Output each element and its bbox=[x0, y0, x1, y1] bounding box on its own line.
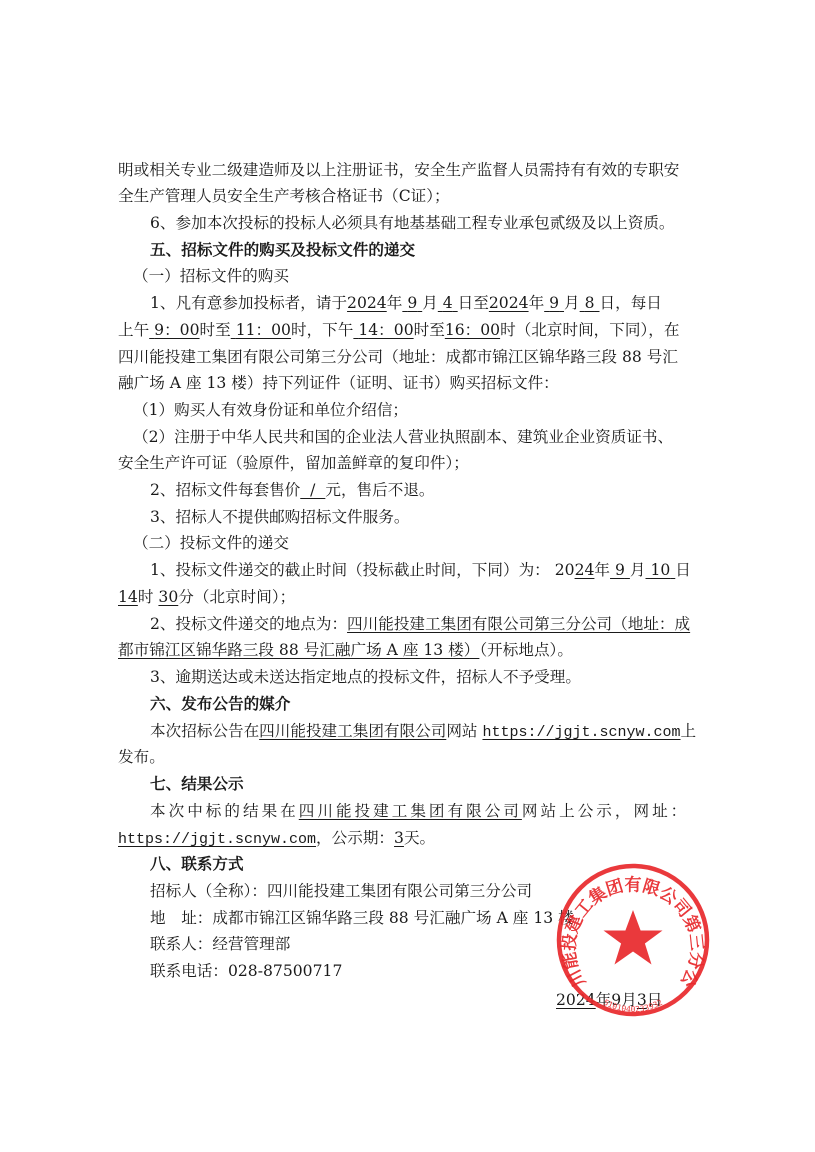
submission-address-cont: 都市锦江区锦华路三段 88 号汇融广场 A 座 13 楼） bbox=[118, 641, 479, 659]
text: 网站 bbox=[446, 722, 482, 740]
text: 日 bbox=[675, 561, 691, 579]
text: 时（北京时间，下同），在 bbox=[500, 321, 679, 339]
deadline-day: 10 bbox=[650, 561, 670, 579]
submission-address: 四川能投建工集团有限公司第三分公司（地址：成 bbox=[347, 615, 690, 633]
text: （开标地点）。 bbox=[479, 641, 573, 659]
text: 本次中标的结果在 bbox=[150, 802, 299, 820]
price-value: / bbox=[300, 481, 325, 499]
result-publicity-line: 本次中标的结果在四川能投建工集团有限公司网站上公示，网址： bbox=[150, 801, 698, 821]
text: 1、投标文件递交的截止时间（投标截止时间，下同）为： 20 bbox=[150, 561, 575, 579]
text: 时至 bbox=[200, 321, 231, 339]
text: 天。 bbox=[404, 829, 435, 847]
result-url-line: https://jgjt.scnyw.com，公示期：3天。 bbox=[118, 828, 698, 850]
text-line: 融广场 A 座 13 楼）持下列证件（证明、证书）购买招标文件： bbox=[118, 373, 698, 393]
deadline-minute: 30 bbox=[158, 588, 178, 606]
submission-location-line-2: 都市锦江区锦华路三段 88 号汇融广场 A 座 13 楼）（开标地点）。 bbox=[118, 640, 698, 660]
text: 月 bbox=[564, 294, 580, 312]
text: 月 bbox=[422, 294, 438, 312]
deadline-hour: 14 bbox=[118, 588, 138, 606]
text: 1、凡有意参加投标者，请于 bbox=[150, 294, 347, 312]
start-year: 2024 bbox=[347, 294, 387, 312]
text: 网站上公示，网址： bbox=[522, 802, 689, 820]
text: 分（北京时间）； bbox=[178, 588, 295, 606]
document-requirement-1: （1）购买人有效身份证和单位介绍信； bbox=[133, 400, 713, 420]
text-line: 发布。 bbox=[118, 747, 698, 767]
text: 时至 bbox=[414, 321, 445, 339]
company-name: 四川能投建工集团有限公司 bbox=[259, 722, 446, 740]
website-link[interactable]: https://jgjt.scnyw.com bbox=[482, 724, 680, 741]
am-start-time: 9：00 bbox=[154, 321, 199, 339]
text: 年 bbox=[387, 294, 403, 312]
text-line: 安全生产许可证（验原件，留加盖鲜章的复印件）； bbox=[118, 453, 698, 473]
company-seal-stamp: 四川能投建工集团有限公司第三分公司 5101040233932 bbox=[553, 860, 713, 1020]
pm-start-time: 14：00 bbox=[358, 321, 413, 339]
text: 时 bbox=[138, 588, 154, 606]
text: 时，下午 bbox=[291, 321, 353, 339]
start-day: 4 bbox=[443, 294, 453, 312]
submission-location-line: 2、投标文件递交的地点为：四川能投建工集团有限公司第三分公司（地址：成 bbox=[150, 614, 698, 634]
text-line: 全生产管理人员安全生产考核合格证书（C证）； bbox=[118, 186, 698, 206]
text: 2、投标文件递交的地点为： bbox=[150, 615, 347, 633]
website-link[interactable]: https://jgjt.scnyw.com bbox=[118, 831, 316, 848]
subsection-heading-submission: （二）投标文件的递交 bbox=[133, 533, 713, 553]
deadline-year: 24 bbox=[575, 561, 595, 579]
end-day: 8 bbox=[585, 294, 595, 312]
text: 月 bbox=[630, 561, 646, 579]
section-heading-7: 七、结果公示 bbox=[150, 774, 698, 794]
text: ，公示期： bbox=[316, 829, 394, 847]
text: 上 bbox=[681, 722, 697, 740]
document-requirement-2: （2）注册于中华人民共和国的企业法人营业执照副本、建筑业企业资质证书、 bbox=[133, 427, 713, 447]
text: 日，每日 bbox=[600, 294, 662, 312]
text: 2、招标文件每套售价 bbox=[150, 481, 300, 499]
deadline-line: 1、投标文件递交的截止时间（投标截止时间，下同）为： 2024年 9 月 10 … bbox=[150, 560, 698, 580]
pm-end-time: 16：00 bbox=[445, 321, 500, 339]
text: 本次招标公告在 bbox=[150, 722, 259, 740]
requirement-6: 6、参加本次投标的投标人必须具有地基基础工程专业承包贰级及以上资质。 bbox=[150, 213, 698, 233]
text: 上午 bbox=[118, 321, 149, 339]
text: 元，售后不退。 bbox=[325, 481, 434, 499]
end-year: 2024 bbox=[489, 294, 529, 312]
publication-media-line: 本次招标公告在四川能投建工集团有限公司网站 https://jgjt.scnyw… bbox=[150, 721, 698, 743]
text-line: 明或相关专业二级建造师及以上注册证书，安全生产监督人员需持有有效的专职安 bbox=[118, 160, 698, 180]
start-month: 9 bbox=[407, 294, 417, 312]
text-line: 3、逾期送达或未送达指定地点的投标文件，招标人不予受理。 bbox=[150, 667, 698, 687]
section-heading-5: 五、招标文件的购买及投标文件的递交 bbox=[150, 240, 698, 260]
publicity-days: 3 bbox=[394, 829, 404, 847]
am-end-time: 11：00 bbox=[236, 321, 291, 339]
text: 日至 bbox=[458, 294, 489, 312]
purchase-hours-line: 上午 9：00时至 11：00时，下午 14：00时至16：00时（北京时间，下… bbox=[118, 320, 698, 340]
seal-icon: 四川能投建工集团有限公司第三分公司 5101040233932 bbox=[553, 860, 713, 1020]
document-price-line: 2、招标文件每套售价 / 元，售后不退。 bbox=[150, 480, 698, 500]
text-line: 3、招标人不提供邮购招标文件服务。 bbox=[150, 507, 698, 527]
document-page: 明或相关专业二级建造师及以上注册证书，安全生产监督人员需持有有效的专职安 全生产… bbox=[0, 0, 815, 1152]
section-heading-6: 六、发布公告的媒介 bbox=[150, 694, 698, 714]
end-month: 9 bbox=[549, 294, 559, 312]
text: 年 bbox=[529, 294, 545, 312]
text-line: 四川能投建工集团有限公司第三分公司（地址：成都市锦江区锦华路三段 88 号汇 bbox=[118, 347, 698, 367]
purchase-period-line: 1、凡有意参加投标者，请于2024年 9 月 4 日至2024年 9 月 8 日… bbox=[150, 293, 698, 313]
subsection-heading-purchase: （一）招标文件的购买 bbox=[133, 266, 713, 286]
deadline-time-line: 14时 30分（北京时间）； bbox=[118, 587, 698, 607]
deadline-month: 9 bbox=[615, 561, 625, 579]
text: 年 bbox=[594, 561, 610, 579]
company-name: 四川能投建工集团有限公司 bbox=[299, 802, 522, 820]
